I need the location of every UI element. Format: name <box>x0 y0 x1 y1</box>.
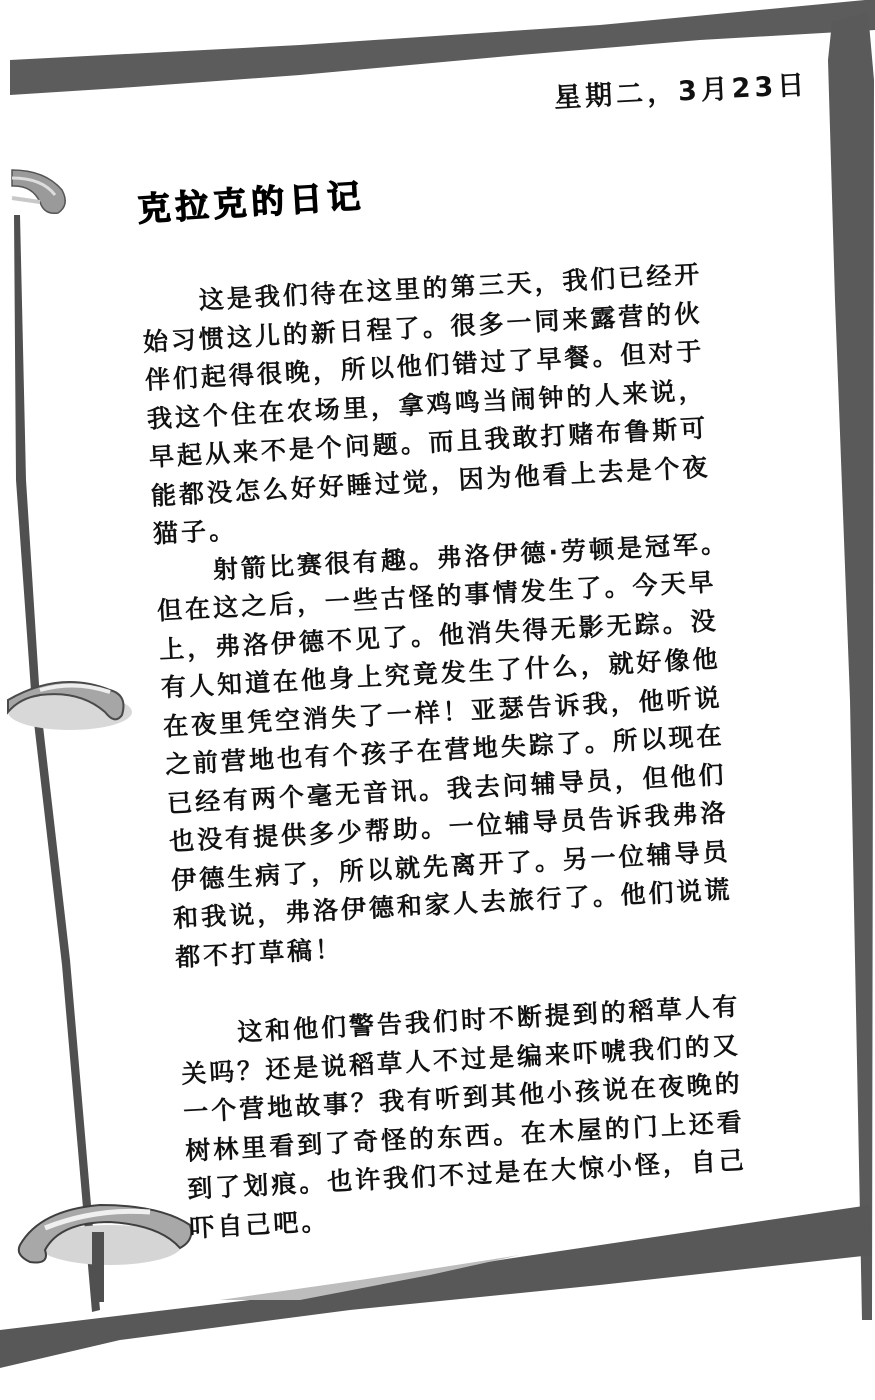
paragraph-2: 射箭比赛很有趣。弗洛伊德·劳顿是冠军。 但在这之后，一些古怪的事情发生了。今天早… <box>154 522 795 977</box>
right-border-stroke <box>828 12 874 1320</box>
ring-bottom-icon <box>19 1205 192 1302</box>
diary-body: 这是我们待在这里的第三天，我们已经开 始习惯这儿的新日程了。很多一同来露营的伙 … <box>140 253 810 1248</box>
ring-middle-icon <box>8 682 132 730</box>
paragraph-1: 这是我们待在这里的第三天，我们已经开 始习惯这儿的新日程了。很多一同来露营的伙 … <box>140 253 773 555</box>
left-binding-line <box>14 215 100 1312</box>
ring-top-icon <box>12 170 65 213</box>
paragraph-3: 这和他们警告我们时不断提到的稻草人有 关吗？还是说稻草人不过是编来吓唬我们的又 … <box>178 985 809 1248</box>
